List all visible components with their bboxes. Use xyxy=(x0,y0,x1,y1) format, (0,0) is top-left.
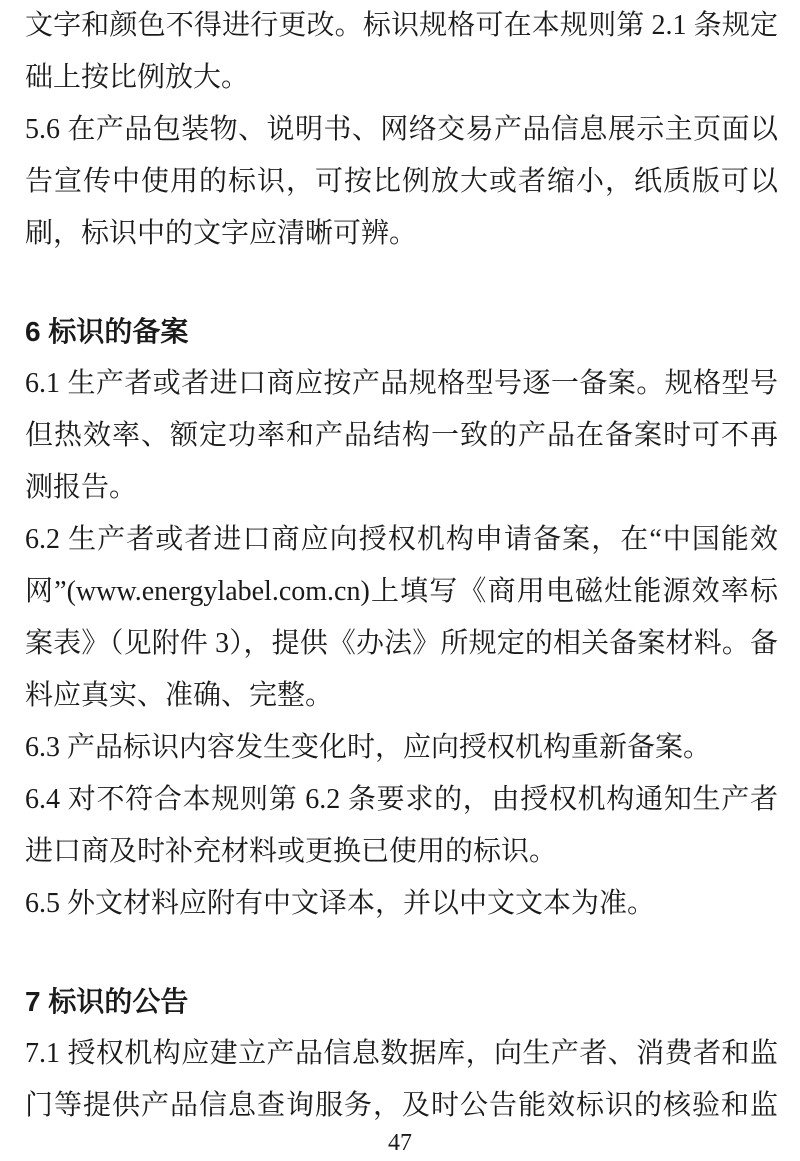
text-line: 6.4 对不符合本规则第 6.2 条要求的，由授权机构通知生产者或者 xyxy=(25,774,778,826)
text-line: 料应真实、准确、完整。 xyxy=(25,670,778,722)
text-line: 但热效率、额定功率和产品结构一致的产品在备案时可不再提交检 xyxy=(25,410,778,462)
text-line: 础上按比例放大。 xyxy=(25,52,778,104)
text-line: 进口商及时补充材料或更换已使用的标识。 xyxy=(25,826,778,878)
text-line: 测报告。 xyxy=(25,462,778,514)
text-line: 门等提供产品信息查询服务，及时公告能效标识的核验和监督检查 xyxy=(25,1080,778,1132)
text-line: 6.1 生产者或者进口商应按产品规格型号逐一备案。规格型号不同， xyxy=(25,358,778,410)
text-line: 网”(www.energylabel.com.cn)上填写《商用电磁灶能源效率标… xyxy=(25,566,778,618)
text-line: 5.6 在产品包装物、说明书、网络交易产品信息展示主页面以及广 xyxy=(25,104,778,156)
document-body: 文字和颜色不得进行更改。标识规格可在本规则第 2.1 条规定的基础上按比例放大。… xyxy=(25,0,778,1132)
text-line: 6.5 外文材料应附有中文译本，并以中文文本为准。 xyxy=(25,878,778,930)
section-7-heading: 7 标识的公告 xyxy=(25,976,778,1028)
page-number: 47 xyxy=(0,1128,800,1158)
text-line: 6.3 产品标识内容发生变化时，应向授权机构重新备案。 xyxy=(25,722,778,774)
text-line: 案表》（见附件 3），提供《办法》所规定的相关备案材料。备案材 xyxy=(25,618,778,670)
text-line: 6.2 生产者或者进口商应向授权机构申请备案，在“中国能效标识 xyxy=(25,514,778,566)
document-page: 文字和颜色不得进行更改。标识规格可在本规则第 2.1 条规定的基础上按比例放大。… xyxy=(0,0,800,1161)
text-line: 告宣传中使用的标识，可按比例放大或者缩小，纸质版可以单色印 xyxy=(25,156,778,208)
text-line: 文字和颜色不得进行更改。标识规格可在本规则第 2.1 条规定的基 xyxy=(25,0,778,52)
text-line: 7.1 授权机构应建立产品信息数据库，向生产者、消费者和监管部 xyxy=(25,1028,778,1080)
section-6-heading: 6 标识的备案 xyxy=(25,306,778,358)
text-line: 刷，标识中的文字应清晰可辨。 xyxy=(25,208,778,260)
